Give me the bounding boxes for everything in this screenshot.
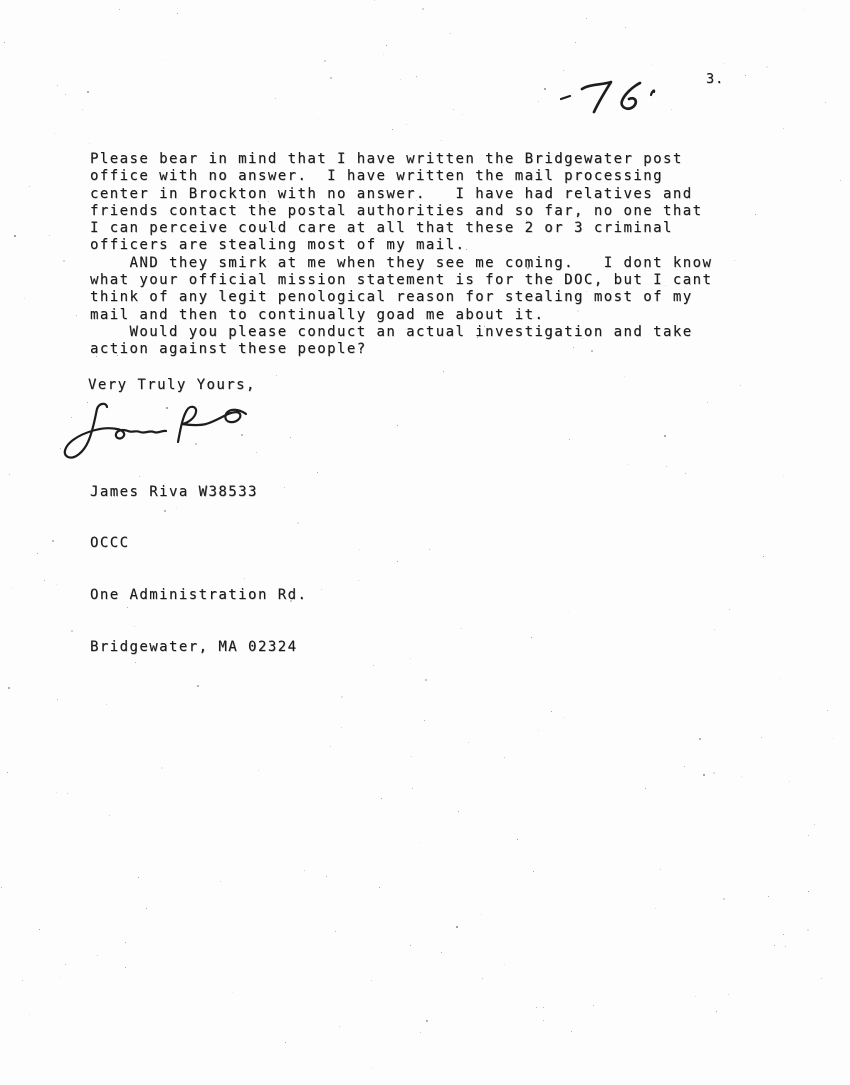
scan-noise-speck: [87, 91, 89, 93]
scan-noise-speck: [330, 77, 332, 79]
scan-noise-speck: [386, 45, 387, 46]
scan-noise-speck: [699, 738, 701, 740]
scan-noise-speck: [564, 717, 565, 718]
scan-noise-speck: [504, 757, 505, 758]
scan-noise-speck: [453, 109, 454, 110]
scan-noise-speck: [29, 1014, 30, 1015]
scan-noise-speck: [397, 561, 398, 562]
scan-noise-speck: [660, 869, 661, 870]
scan-noise-speck: [29, 186, 30, 187]
scan-noise-speck: [63, 260, 65, 262]
scan-noise-speck: [11, 587, 12, 588]
letter-line: mail and then to continually goad me abo…: [90, 307, 712, 324]
scan-noise-speck: [714, 629, 715, 630]
scan-noise-speck: [372, 1068, 373, 1069]
scan-noise-speck: [728, 994, 729, 995]
scan-noise-speck: [785, 946, 786, 947]
sender-city: Bridgewater, MA 02324: [90, 639, 307, 656]
scan-noise-speck: [341, 696, 343, 698]
scan-noise-speck: [425, 679, 427, 681]
scan-noise-speck: [109, 815, 110, 816]
scan-noise-speck: [424, 720, 425, 721]
scan-noise-speck: [538, 101, 539, 102]
scan-noise-speck: [538, 730, 539, 731]
scan-noise-speck: [783, 128, 784, 129]
handwritten-page-mark: [556, 74, 666, 120]
scan-noise-speck: [462, 114, 463, 115]
scan-noise-speck: [429, 549, 430, 550]
scan-noise-speck: [568, 611, 569, 612]
page-number: 3.: [706, 71, 724, 88]
scan-noise-speck: [685, 473, 686, 474]
scan-noise-speck: [807, 929, 809, 931]
scan-noise-speck: [57, 699, 58, 700]
scan-noise-speck: [56, 584, 57, 585]
letter-line: AND they smirk at me when they see me co…: [90, 255, 712, 272]
scan-noise-speck: [441, 952, 442, 953]
scan-noise-speck: [783, 934, 784, 935]
scan-noise-speck: [125, 967, 126, 968]
scan-noise-speck: [341, 727, 342, 728]
scan-noise-speck: [138, 877, 139, 878]
scan-noise-speck: [422, 8, 424, 10]
scan-noise-speck: [543, 1020, 544, 1021]
letter-line: Please bear in mind that I have written …: [90, 151, 712, 168]
scan-noise-speck: [60, 448, 61, 449]
scan-noise-speck: [1, 887, 2, 888]
scan-noise-speck: [44, 580, 45, 581]
scan-noise-speck: [419, 842, 420, 843]
scan-noise-speck: [517, 839, 518, 840]
scan-noise-speck: [426, 1020, 427, 1021]
scan-noise-speck: [358, 580, 359, 581]
scan-noise-speck: [774, 945, 775, 946]
scan-noise-speck: [125, 942, 126, 943]
letter-line: office with no answer. I have written th…: [90, 168, 712, 185]
scan-noise-speck: [713, 772, 715, 774]
letter-line: officers are stealing most of my mail.: [90, 237, 712, 254]
scan-noise-speck: [89, 143, 90, 144]
scan-noise-speck: [666, 466, 667, 467]
scan-noise-speck: [275, 98, 276, 99]
scan-noise-speck: [412, 788, 413, 789]
scan-noise-speck: [664, 435, 666, 437]
scan-noise-speck: [536, 1007, 537, 1008]
scan-noise-speck: [480, 914, 481, 915]
scan-noise-speck: [755, 214, 756, 215]
scan-noise-speck: [202, 363, 203, 364]
scan-noise-speck: [763, 556, 764, 557]
scan-noise-speck: [768, 896, 769, 897]
scan-noise-speck: [49, 235, 50, 236]
scan-noise-speck: [39, 929, 40, 930]
scan-noise-speck: [684, 766, 685, 767]
scan-noise-speck: [645, 788, 646, 789]
scan-noise-speck: [544, 88, 546, 90]
scan-noise-speck: [825, 102, 826, 103]
scan-noise-speck: [832, 738, 833, 739]
scan-noise-speck: [456, 926, 458, 928]
scan-noise-speck: [258, 770, 259, 771]
scan-noise-speck: [339, 1026, 340, 1027]
scan-noise-speck: [24, 298, 25, 299]
scan-noise-speck: [461, 628, 462, 629]
scan-noise-speck: [779, 679, 780, 680]
scan-noise-speck: [359, 549, 360, 550]
scan-noise-speck: [420, 1032, 421, 1033]
scan-noise-speck: [392, 129, 393, 130]
letter-line: Would you please conduct an actual inves…: [90, 324, 712, 341]
scan-noise-speck: [627, 464, 628, 465]
scan-noise-speck: [9, 474, 10, 475]
scan-noise-speck: [571, 1031, 572, 1032]
scan-noise-speck: [741, 776, 742, 777]
scan-noise-speck: [49, 732, 50, 733]
scan-noise-speck: [290, 437, 291, 438]
scan-noise-speck: [803, 9, 804, 10]
scan-noise-speck: [106, 704, 107, 705]
scan-noise-speck: [655, 908, 656, 909]
scan-noise-speck: [563, 70, 564, 71]
scan-noise-speck: [625, 27, 626, 28]
scan-noise-speck: [14, 235, 16, 237]
scan-noise-speck: [441, 140, 442, 141]
scan-noise-speck: [723, 898, 725, 900]
scan-noise-speck: [161, 767, 163, 769]
scan-noise-speck: [426, 1020, 428, 1022]
scan-noise-speck: [651, 64, 652, 65]
scan-noise-speck: [411, 756, 412, 757]
scan-noise-speck: [276, 375, 277, 376]
scan-noise-speck: [827, 710, 828, 711]
scan-noise-speck: [97, 955, 98, 956]
scan-noise-speck: [379, 887, 380, 888]
letter-line: think of any legit penological reason fo…: [90, 289, 712, 306]
scan-noise-speck: [416, 76, 417, 77]
scan-noise-speck: [734, 260, 735, 261]
scan-noise-speck: [7, 772, 8, 773]
scan-noise-speck: [67, 793, 68, 794]
scan-noise-speck: [285, 1042, 286, 1043]
scan-noise-speck: [119, 9, 120, 10]
closing-salutation: Very Truly Yours,: [88, 377, 256, 394]
scan-noise-speck: [71, 630, 73, 632]
scan-noise-speck: [458, 811, 459, 812]
scan-noise-speck: [740, 385, 741, 386]
scan-noise-speck: [37, 553, 38, 554]
letter-line: what your official mission statement is …: [90, 272, 712, 289]
sender-street: One Administration Rd.: [90, 587, 307, 604]
scan-noise-speck: [789, 781, 790, 782]
scan-noise-speck: [443, 371, 444, 372]
scan-noise-speck: [8, 687, 10, 689]
scan-noise-speck: [165, 59, 166, 60]
scan-noise-speck: [374, 0, 375, 1]
scan-noise-speck: [716, 1011, 717, 1012]
scan-noise-speck: [766, 66, 768, 68]
scan-noise-speck: [397, 425, 398, 426]
scan-noise-speck: [808, 891, 809, 892]
scan-noise-speck: [703, 774, 705, 776]
letter-line: friends contact the postal authorities a…: [90, 203, 712, 220]
scan-noise-speck: [410, 945, 411, 946]
scan-noise-speck: [52, 540, 54, 542]
letter-line: action against these people?: [90, 341, 712, 358]
sender-block: James Riva W38533 OCCC One Administratio…: [90, 449, 307, 691]
scan-noise-speck: [695, 996, 696, 997]
scan-noise-speck: [450, 33, 451, 34]
scan-noise-speck: [317, 472, 318, 473]
scan-noise-speck: [543, 1007, 544, 1008]
scan-noise-speck: [586, 18, 587, 19]
scan-noise-speck: [318, 119, 319, 120]
scan-noise-speck: [482, 978, 483, 979]
scan-noise-speck: [330, 746, 331, 747]
scan-noise-speck: [761, 737, 762, 738]
letter-body: Please bear in mind that I have written …: [90, 151, 712, 359]
scan-noise-speck: [814, 824, 815, 825]
scan-noise-speck: [551, 711, 552, 712]
scan-noise-speck: [468, 742, 469, 743]
scan-noise-speck: [504, 964, 505, 965]
scan-noise-speck: [707, 402, 708, 403]
scan-noise-speck: [4, 42, 5, 43]
scan-noise-speck: [821, 978, 822, 979]
scan-noise-speck: [304, 870, 305, 871]
letter-line: center in Brockton with no answer. I hav…: [90, 186, 712, 203]
sender-name: James Riva W38533: [90, 484, 307, 501]
scan-noise-speck: [321, 589, 322, 590]
scan-noise-speck: [783, 475, 784, 476]
scan-noise-speck: [57, 85, 58, 86]
scan-noise-speck: [410, 658, 411, 659]
scan-noise-speck: [76, 315, 77, 316]
scan-noise-speck: [22, 980, 23, 981]
scan-noise-speck: [371, 980, 372, 981]
scan-noise-speck: [326, 876, 327, 877]
scan-noise-speck: [82, 109, 83, 110]
scan-noise-speck: [840, 180, 841, 181]
letter-line: I can perceive could care at all that th…: [90, 220, 712, 237]
scan-noise-speck: [146, 908, 147, 909]
sender-facility: OCCC: [90, 535, 307, 552]
scan-noise-speck: [624, 376, 625, 377]
scanned-letter-page: 3. Please bear in mind that I have writt…: [0, 0, 850, 1085]
scan-noise-speck: [55, 133, 56, 134]
scan-noise-speck: [383, 54, 384, 55]
scan-noise-speck: [177, 13, 178, 14]
scan-noise-speck: [381, 798, 382, 799]
scan-noise-speck: [671, 109, 672, 110]
scan-noise-speck: [400, 79, 401, 80]
scan-noise-speck: [406, 124, 407, 125]
scan-noise-speck: [220, 881, 221, 882]
scan-noise-speck: [59, 977, 60, 978]
scan-noise-speck: [65, 964, 66, 965]
scan-noise-speck: [56, 792, 57, 793]
scan-noise-speck: [723, 63, 724, 64]
scan-noise-speck: [569, 439, 570, 440]
scan-noise-speck: [232, 992, 233, 993]
scan-noise-speck: [373, 665, 374, 666]
scan-noise-speck: [593, 1005, 594, 1006]
scan-noise-speck: [335, 931, 336, 932]
scan-noise-speck: [324, 60, 326, 62]
scan-noise-speck: [808, 835, 809, 836]
scan-noise-speck: [531, 637, 532, 638]
scan-noise-speck: [533, 871, 534, 872]
scan-noise-speck: [745, 75, 746, 76]
scan-noise-speck: [729, 609, 730, 610]
scan-noise-speck: [65, 94, 66, 95]
scan-noise-speck: [575, 42, 576, 43]
